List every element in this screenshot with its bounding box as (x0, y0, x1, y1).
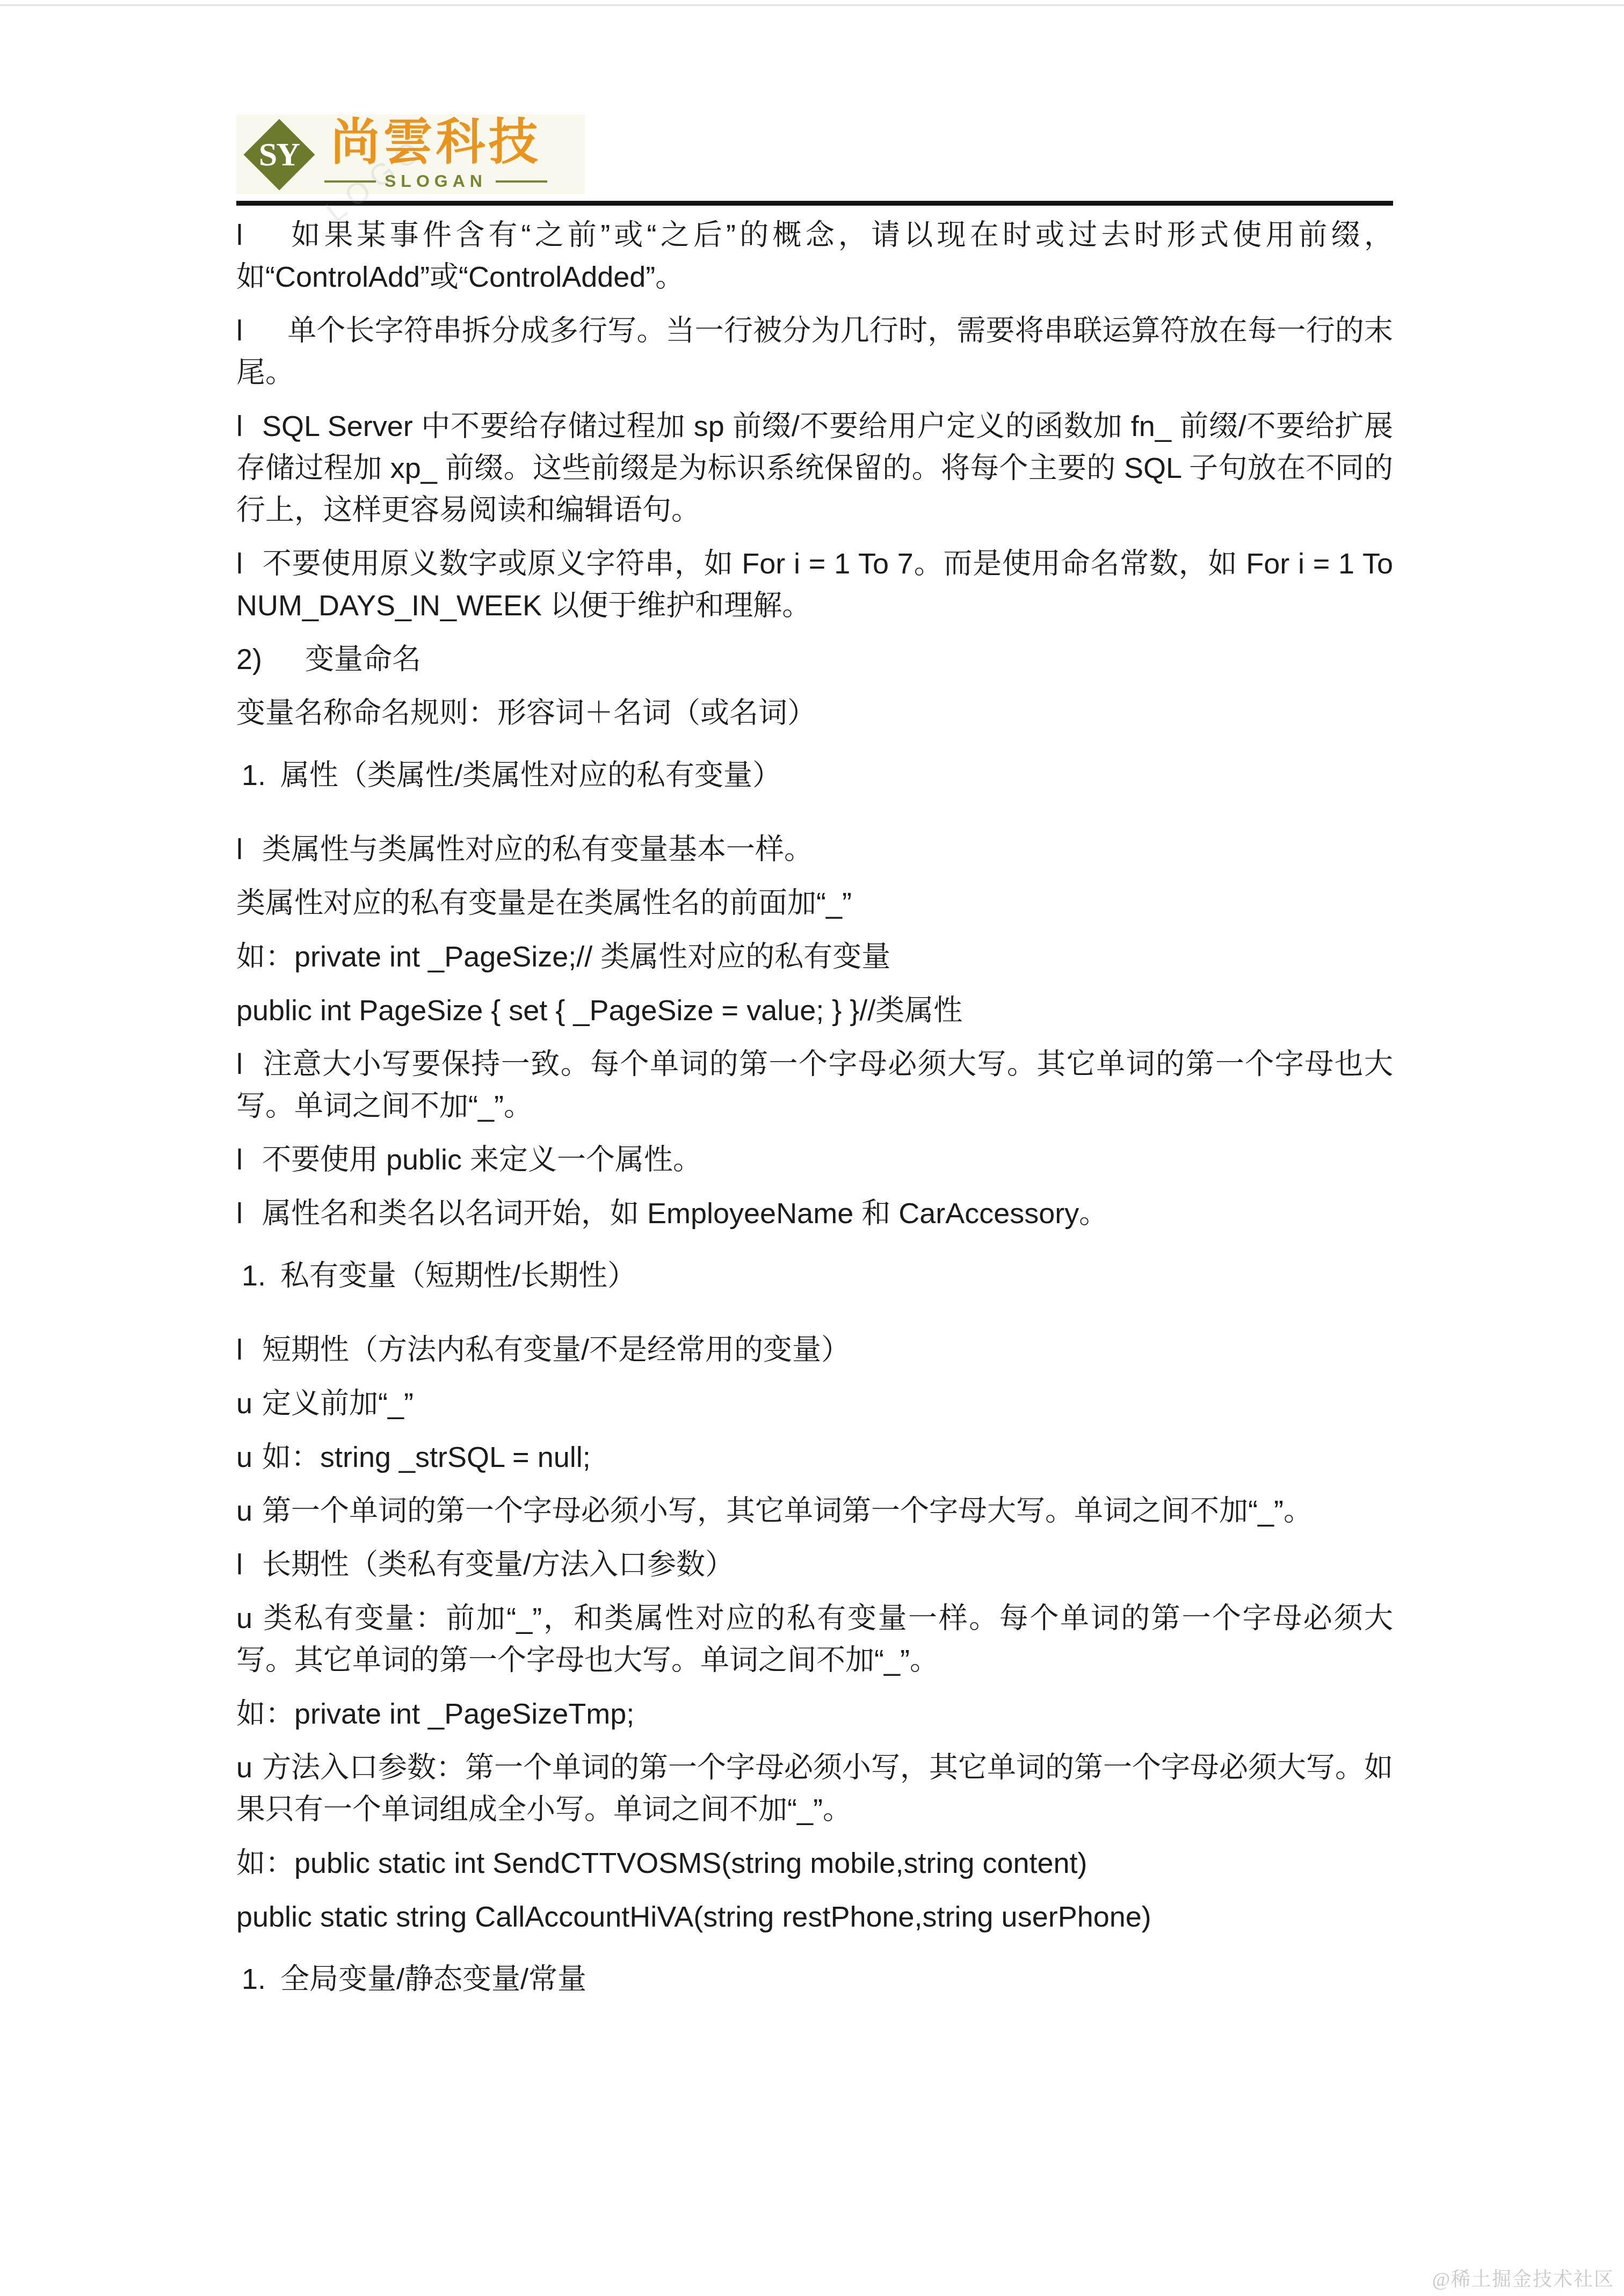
paragraph-text: 属性（类属性/类属性对应的私有变量） (280, 759, 781, 791)
doc-paragraph: 类属性对应的私有变量是在类属性名的前面加“_” (236, 882, 1393, 924)
doc-paragraph: 变量名称命名规则：形容词＋名词（或名词） (236, 692, 1393, 734)
paragraph-text: 如：string _strSQL = null; (262, 1441, 591, 1473)
paragraph-text: 长期性（类私有变量/方法入口参数） (262, 1549, 734, 1581)
paragraph-text: 如果某事件含有“之前”或“之后”的概念，请以现在时或过去时形式使用前缀，如“Co… (236, 219, 1393, 293)
paragraph-text: 第一个单词的第一个字母必须小写，其它单词第一个字母大写。单词之间不加“_”。 (262, 1495, 1313, 1527)
paragraph-text: 定义前加“_” (262, 1387, 414, 1420)
doc-paragraph: l注意大小写要保持一致。每个单词的第一个字母必须大写。其它单词的第一个字母也大写… (236, 1043, 1393, 1127)
doc-paragraph: 1.全局变量/静态变量/常量 (236, 1958, 1393, 2000)
doc-paragraph: l如果某事件含有“之前”或“之后”的概念，请以现在时或过去时形式使用前缀，如“C… (236, 214, 1393, 298)
doc-paragraph: u第一个单词的第一个字母必须小写，其它单词第一个字母大写。单词之间不加“_”。 (236, 1490, 1393, 1532)
paragraph-text: 不要使用原义数字或原义字符串，如 For i = 1 To 7。而是使用命名常数… (236, 548, 1393, 622)
community-watermark: @稀土掘金技术社区 (1432, 2264, 1614, 2292)
header-divider (236, 201, 1393, 206)
paragraph-text: 变量名称命名规则：形容词＋名词（或名词） (236, 697, 816, 729)
doc-paragraph: lSQL Server 中不要给存储过程加 sp 前缀/不要给用户定义的函数加 … (236, 405, 1393, 531)
bullet-marker: l (236, 214, 287, 256)
slogan-text: SLOGAN (385, 171, 487, 191)
paragraph-text: 单个长字符串拆分成多行写。当一行被分为几行时，需要将串联运算符放在每一行的末尾。 (236, 315, 1393, 389)
paragraph-text: 如：public static int SendCTTVOSMS(string … (236, 1847, 1087, 1879)
bullet-marker: l (236, 1139, 262, 1181)
logo-text-block: 尚雲科技 SLOGAN (324, 118, 547, 191)
doc-paragraph: public int PageSize { set { _PageSize = … (236, 990, 1393, 1031)
paragraph-text: 如：private int _PageSizeTmp; (236, 1698, 634, 1730)
bullet-marker: l (236, 543, 262, 585)
paragraph-text: 如：private int _PageSize;// 类属性对应的私有变量 (236, 941, 890, 973)
letterhead: LOGO SY 尚雲科技 SLOGAN (236, 114, 1393, 206)
bullet-marker: l (236, 1043, 262, 1085)
paragraph-text: 私有变量（短期性/长期性） (280, 1260, 636, 1292)
logo-monogram: SY (259, 135, 299, 173)
bullet-marker: 1. (242, 1255, 280, 1297)
paragraph-text: 变量命名 (305, 643, 421, 675)
paragraph-text: public int PageSize { set { _PageSize = … (236, 994, 962, 1027)
bullet-marker: u (236, 1383, 262, 1425)
logo-company-name: 尚雲科技 (330, 118, 541, 167)
bullet-marker: u (236, 1490, 262, 1532)
doc-paragraph: 如：public static int SendCTTVOSMS(string … (236, 1842, 1393, 1884)
document-page: LOGO SY 尚雲科技 SLOGAN l如果某事件含有“之前”或“之后”的概念… (0, 0, 1624, 2296)
doc-paragraph: 如：private int _PageSizeTmp; (236, 1693, 1393, 1735)
bullet-marker: u (236, 1747, 262, 1789)
doc-paragraph: u如：string _strSQL = null; (236, 1436, 1393, 1478)
bullet-marker: l (236, 310, 287, 352)
doc-paragraph: 如：private int _PageSize;// 类属性对应的私有变量 (236, 936, 1393, 978)
paragraph-text: 方法入口参数：第一个单词的第一个字母必须小写，其它单词的第一个字母必须大写。如果… (236, 1752, 1393, 1826)
document-body: l如果某事件含有“之前”或“之后”的概念，请以现在时或过去时形式使用前缀，如“C… (236, 214, 1393, 2000)
bullet-marker: l (236, 405, 262, 447)
doc-paragraph: u方法入口参数：第一个单词的第一个字母必须小写，其它单词的第一个字母必须大写。如… (236, 1747, 1393, 1830)
doc-paragraph: public static string CallAccountHiVA(str… (236, 1896, 1393, 1938)
page-top-border (0, 4, 1624, 6)
doc-paragraph: u类私有变量：前加“_”，和类属性对应的私有变量一样。每个单词的第一个字母必须大… (236, 1597, 1393, 1681)
doc-paragraph: u定义前加“_” (236, 1383, 1393, 1425)
doc-paragraph: l属性名和类名以名词开始，如 EmployeeName 和 CarAccesso… (236, 1193, 1393, 1234)
bullet-marker: 1. (242, 754, 280, 796)
doc-paragraph: l类属性与类属性对应的私有变量基本一样。 (236, 829, 1393, 870)
doc-paragraph: 2)变量命名 (236, 638, 1393, 680)
bullet-marker: u (236, 1597, 262, 1639)
paragraph-text: 不要使用 public 来定义一个属性。 (262, 1144, 702, 1176)
doc-paragraph: l不要使用 public 来定义一个属性。 (236, 1139, 1393, 1181)
slogan-line-right (496, 180, 547, 183)
bullet-marker: l (236, 1544, 262, 1586)
doc-paragraph: 1.私有变量（短期性/长期性） (236, 1255, 1393, 1297)
bullet-marker: 1. (242, 1958, 280, 2000)
paragraph-text: 属性名和类名以名词开始，如 EmployeeName 和 CarAccessor… (262, 1197, 1108, 1230)
company-logo: LOGO SY 尚雲科技 SLOGAN (236, 114, 585, 194)
paragraph-text: SQL Server 中不要给存储过程加 sp 前缀/不要给用户定义的函数加 f… (236, 410, 1393, 526)
paragraph-text: 类属性与类属性对应的私有变量基本一样。 (262, 833, 813, 866)
bullet-marker: l (236, 1329, 262, 1371)
doc-paragraph: 1.属性（类属性/类属性对应的私有变量） (236, 754, 1393, 796)
paragraph-text: 全局变量/静态变量/常量 (280, 1963, 586, 1995)
bullet-marker: 2) (236, 638, 305, 680)
logo-slogan: SLOGAN (324, 171, 547, 191)
logo-diamond-icon: SY (244, 119, 315, 190)
paragraph-text: 类私有变量：前加“_”，和类属性对应的私有变量一样。每个单词的第一个字母必须大写… (236, 1602, 1393, 1676)
bullet-marker: l (236, 829, 262, 870)
bullet-marker: l (236, 1193, 262, 1234)
doc-paragraph: l不要使用原义数字或原义字符串，如 For i = 1 To 7。而是使用命名常… (236, 543, 1393, 627)
doc-paragraph: l短期性（方法内私有变量/不是经常用的变量） (236, 1329, 1393, 1371)
doc-paragraph: l单个长字符串拆分成多行写。当一行被分为几行时，需要将串联运算符放在每一行的末尾… (236, 310, 1393, 394)
paragraph-text: 短期性（方法内私有变量/不是经常用的变量） (262, 1334, 850, 1366)
doc-paragraph: l长期性（类私有变量/方法入口参数） (236, 1544, 1393, 1586)
bullet-marker: u (236, 1436, 262, 1478)
slogan-line-left (324, 180, 376, 183)
paragraph-text: 类属性对应的私有变量是在类属性名的前面加“_” (236, 887, 852, 919)
paragraph-text: public static string CallAccountHiVA(str… (236, 1901, 1151, 1933)
paragraph-text: 注意大小写要保持一致。每个单词的第一个字母必须大写。其它单词的第一个字母也大写。… (236, 1048, 1393, 1122)
